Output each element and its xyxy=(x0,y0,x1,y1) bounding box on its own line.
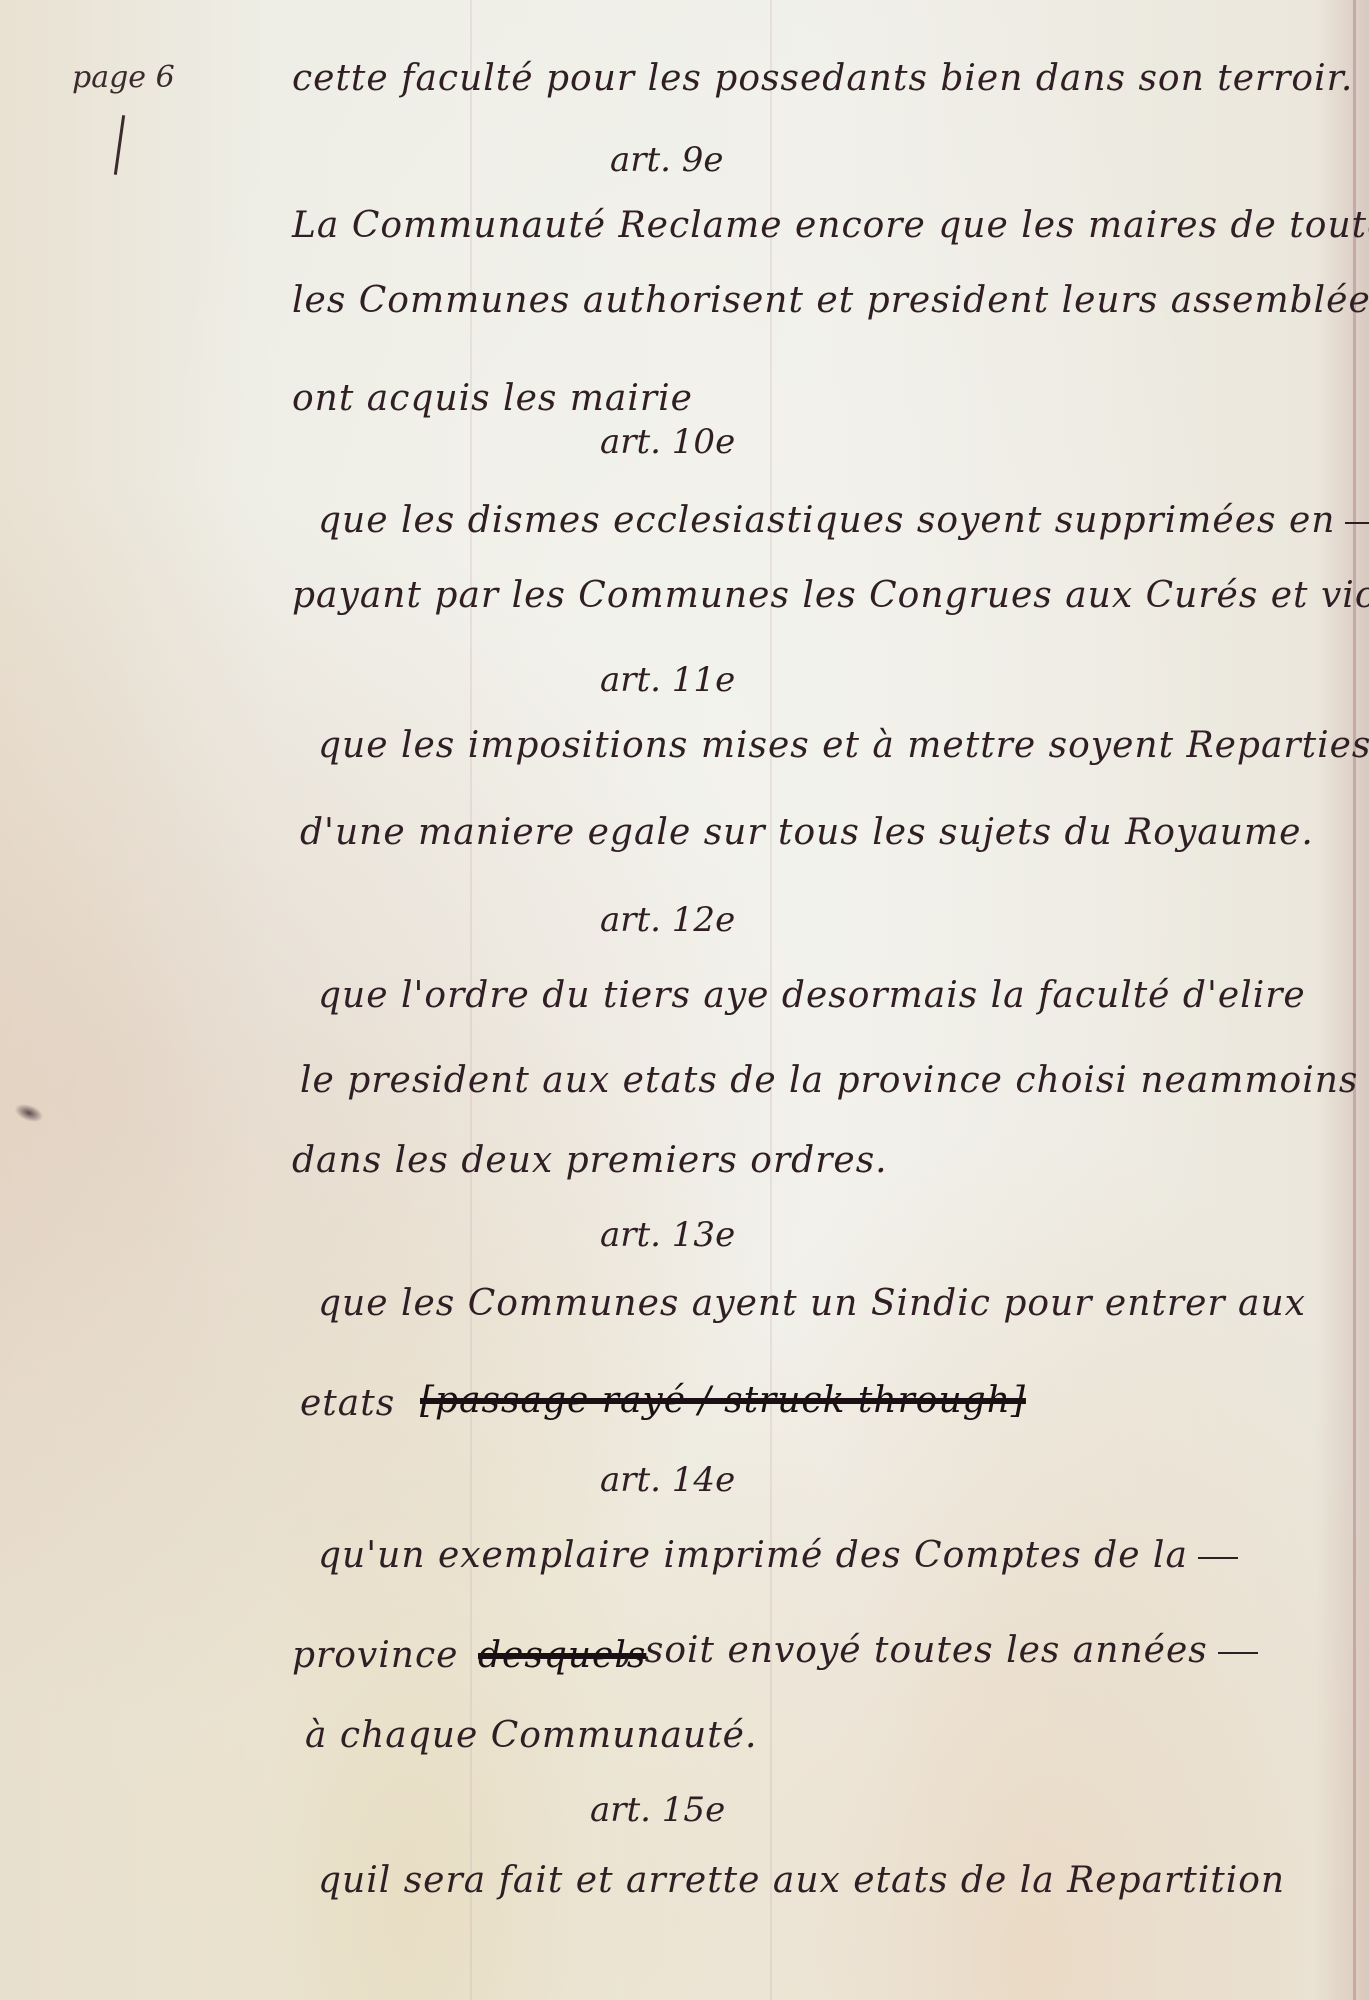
line-text: que les dismes ecclesiastiques soyent su… xyxy=(318,500,1335,541)
line-text: art. 11e xyxy=(600,660,735,700)
line-text: province xyxy=(292,1635,458,1676)
manuscript-line: payant par les Communes les Congrues aux… xyxy=(292,575,1369,616)
manuscript-line: La Communauté Reclame encore que les mai… xyxy=(292,205,1369,246)
line-text: que les impositions mises et à mettre so… xyxy=(318,725,1369,766)
line-text: à chaque Communauté. xyxy=(305,1715,757,1756)
line-text: art. 13e xyxy=(600,1215,735,1255)
line-text: qu'un exemplaire imprimé des Comptes de … xyxy=(318,1535,1188,1576)
line-text: dans les deux premiers ordres. xyxy=(292,1140,888,1181)
manuscript-line: cette faculté pour les possedants bien d… xyxy=(292,58,1353,99)
line-text: etats xyxy=(300,1383,395,1424)
manuscript-line: province xyxy=(292,1635,458,1676)
ink-blot xyxy=(12,1100,46,1125)
article-heading: art. 13e xyxy=(600,1215,735,1255)
line-text: d'une maniere egale sur tous les sujets … xyxy=(300,812,1314,853)
line-text: que l'ordre du tiers aye desormais la fa… xyxy=(318,975,1306,1016)
line-text: [passage rayé / struck-through] xyxy=(420,1380,1026,1421)
page-number-note: page 6 xyxy=(72,60,175,95)
line-text: les Communes authorisent et president le… xyxy=(292,280,1369,321)
line-text: art. 14e xyxy=(600,1460,735,1500)
line-filler-dash xyxy=(1198,1557,1238,1559)
line-filler-dash xyxy=(1218,1652,1258,1654)
manuscript-line: que les Communes ayent un Sindic pour en… xyxy=(318,1283,1306,1324)
manuscript-line: d'une maniere egale sur tous les sujets … xyxy=(300,812,1314,853)
manuscript-line: , soit envoyé toutes les années xyxy=(620,1630,1258,1671)
struck-text: [passage rayé / struck-through] xyxy=(420,1380,1026,1421)
manuscript-line: à chaque Communauté. xyxy=(305,1715,757,1756)
article-heading: art. 14e xyxy=(600,1460,735,1500)
manuscript-line: que les impositions mises et à mettre so… xyxy=(318,725,1369,766)
line-filler-dash xyxy=(1345,522,1369,524)
article-heading: art. 10e xyxy=(600,422,735,462)
manuscript-line: etats xyxy=(300,1383,395,1424)
line-text: art. 12e xyxy=(600,900,735,940)
line-text: art. 15e xyxy=(590,1790,725,1830)
manuscript-line: ont acquis les mairie xyxy=(292,378,693,419)
line-text: payant par les Communes les Congrues aux… xyxy=(292,575,1369,616)
line-text: , soit envoyé toutes les années xyxy=(620,1630,1208,1671)
line-text: cette faculté pour les possedants bien d… xyxy=(292,58,1353,99)
line-text: que les Communes ayent un Sindic pour en… xyxy=(318,1283,1306,1324)
article-heading: art. 9e xyxy=(610,140,724,180)
margin-mark xyxy=(114,115,125,175)
manuscript-line: quil sera fait et arrette aux etats de l… xyxy=(318,1860,1285,1901)
article-heading: art. 12e xyxy=(600,900,735,940)
line-text: art. 10e xyxy=(600,422,735,462)
line-text: quil sera fait et arrette aux etats de l… xyxy=(318,1860,1285,1901)
manuscript-line: que les dismes ecclesiastiques soyent su… xyxy=(318,500,1369,541)
manuscript-line: dans les deux premiers ordres. xyxy=(292,1140,888,1181)
line-text: ont acquis les mairie xyxy=(292,378,693,419)
line-text: le president aux etats de la province ch… xyxy=(300,1060,1358,1101)
manuscript-page: page 6 cette faculté pour les possedants… xyxy=(0,0,1369,2000)
line-text: La Communauté Reclame encore que les mai… xyxy=(292,205,1369,246)
article-heading: art. 15e xyxy=(590,1790,725,1830)
line-text: art. 9e xyxy=(610,140,724,180)
manuscript-line: les Communes authorisent et president le… xyxy=(292,280,1369,321)
manuscript-line: qu'un exemplaire imprimé des Comptes de … xyxy=(318,1535,1238,1576)
manuscript-line: le president aux etats de la province ch… xyxy=(300,1060,1358,1101)
article-heading: art. 11e xyxy=(600,660,735,700)
manuscript-line: que l'ordre du tiers aye desormais la fa… xyxy=(318,975,1306,1016)
